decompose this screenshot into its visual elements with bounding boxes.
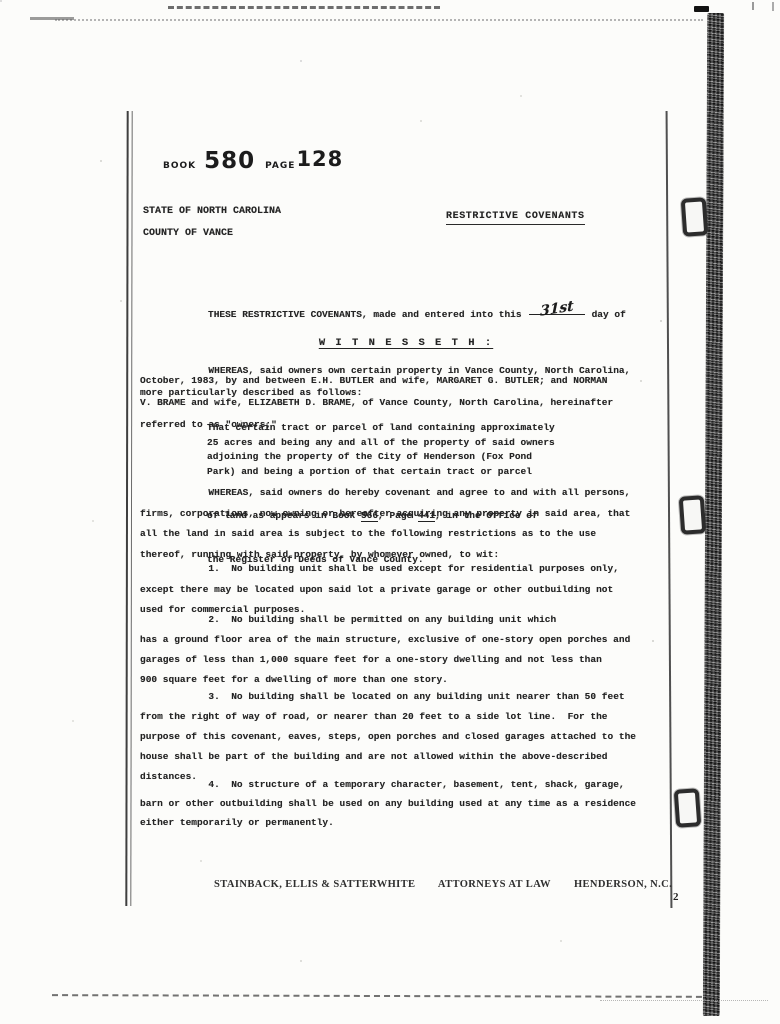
binding-hole-mark [681, 197, 709, 237]
left-margin-line [125, 111, 132, 906]
scan-noise-top [55, 19, 703, 21]
scan-noise-top [30, 17, 74, 20]
intro-text-after-date: day of [592, 309, 626, 320]
page-label: PAGE [265, 161, 295, 171]
book-page-stamp: BOOK 580 PAGE 128 [163, 148, 343, 174]
binding-hole-mark [679, 495, 707, 535]
covenant-item-4: 4. No structure of a temporary character… [140, 775, 672, 832]
law-firm-footer: STAINBACK, ELLIS & SATTERWHITE ATTORNEYS… [214, 879, 672, 890]
binding-strip-shadow [703, 13, 724, 1016]
covenant-item-3: 3. No building shall be located on any b… [140, 687, 672, 787]
covenant-item-2: 2. No building shall be permitted on any… [140, 610, 672, 690]
state-county-caption: STATE OF NORTH CAROLINA COUNTY OF VANCE [143, 201, 281, 245]
page-number: 128 [296, 147, 343, 171]
book-label: BOOK [163, 161, 196, 171]
binding-hole-mark [674, 788, 702, 828]
book-number: 580 [204, 148, 255, 174]
attorneys-label: ATTORNEYS AT LAW [438, 879, 551, 890]
sheet-number: 2 [673, 891, 679, 903]
scan-noise-bottom [52, 994, 712, 998]
scan-noise-top [168, 6, 440, 9]
scan-smudge-mark [694, 6, 709, 12]
scanned-deed-page: BOOK 580 PAGE 128 STATE OF NORTH CAROLIN… [0, 0, 780, 1024]
whereas-clause-2: WHEREAS, said owners do hereby covenant … [140, 483, 672, 565]
intro-text-before-date: THESE RESTRICTIVE COVENANTS, made and en… [208, 309, 522, 320]
scan-edge-tick [772, 2, 774, 11]
date-blank-line: 31st [529, 302, 585, 315]
document-title: RESTRICTIVE COVENANTS [446, 211, 585, 225]
law-firm-name: STAINBACK, ELLIS & SATTERWHITE [214, 879, 415, 890]
firm-city: HENDERSON, N.C. [574, 879, 672, 890]
scan-edge-tick [752, 2, 754, 10]
scan-noise-bottom [600, 1000, 768, 1001]
intro-first-line: THESE RESTRICTIVE COVENANTS, made and en… [140, 302, 672, 326]
description-lines: That certain tract or parcel of land con… [207, 421, 607, 479]
paper-speckles [0, 0, 2, 2]
witnesseth-heading: W I T N E S S E T H : [140, 337, 672, 349]
handwritten-date: 31st [540, 295, 574, 323]
